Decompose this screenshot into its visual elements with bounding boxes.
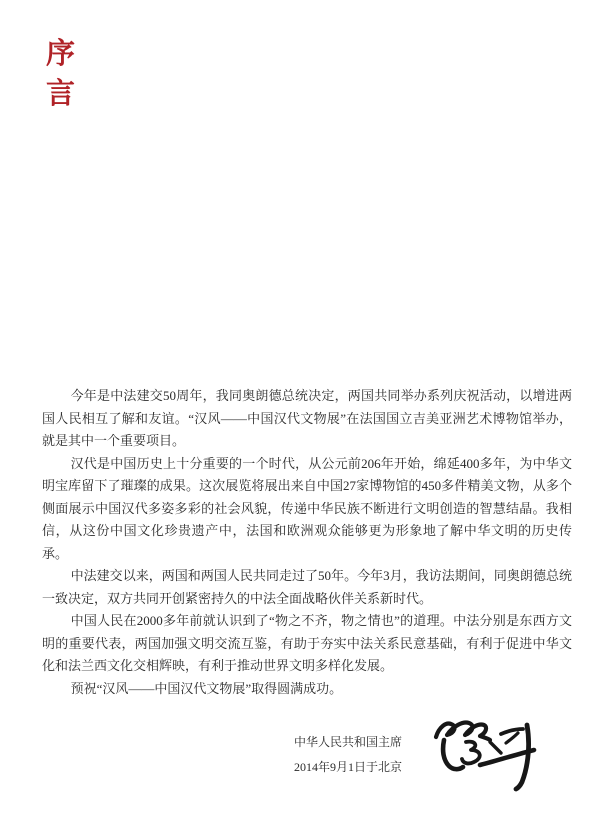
- preface-page: 序 言 今年是中法建交50周年，我同奥朗德总统决定，两国共同举办系列庆祝活动，以…: [0, 0, 614, 824]
- page-title-char: 言: [46, 74, 75, 114]
- page-title-char: 序: [46, 34, 75, 74]
- preface-text: 今年是中法建交50周年，我同奥朗德总统决定，两国共同举办系列庆祝活动，以增进两国…: [42, 385, 572, 700]
- signature-block: 中华人民共和国主席 2014年9月1日于北京: [294, 712, 565, 797]
- paragraph: 汉代是中国历史上十分重要的一个时代，从公元前206年开始，绵延400多年，为中华…: [42, 453, 572, 566]
- page-title: 序 言: [46, 34, 75, 114]
- signature-date: 2014年9月1日于北京: [294, 755, 402, 780]
- xi-jinping-handwritten-signature-icon: [430, 712, 565, 797]
- signer-title: 中华人民共和国主席: [294, 730, 402, 755]
- paragraph: 今年是中法建交50周年，我同奥朗德总统决定，两国共同举办系列庆祝活动，以增进两国…: [42, 385, 572, 453]
- signature-text: 中华人民共和国主席 2014年9月1日于北京: [294, 712, 402, 780]
- paragraph: 中国人民在2000多年前就认识到了“物之不齐，物之情也”的道理。中法分别是东西方…: [42, 610, 572, 678]
- paragraph: 预祝“汉风——中国汉代文物展”取得圆满成功。: [42, 678, 572, 701]
- paragraph: 中法建交以来，两国和两国人民共同走过了50年。今年3月，我访法期间，同奥朗德总统…: [42, 565, 572, 610]
